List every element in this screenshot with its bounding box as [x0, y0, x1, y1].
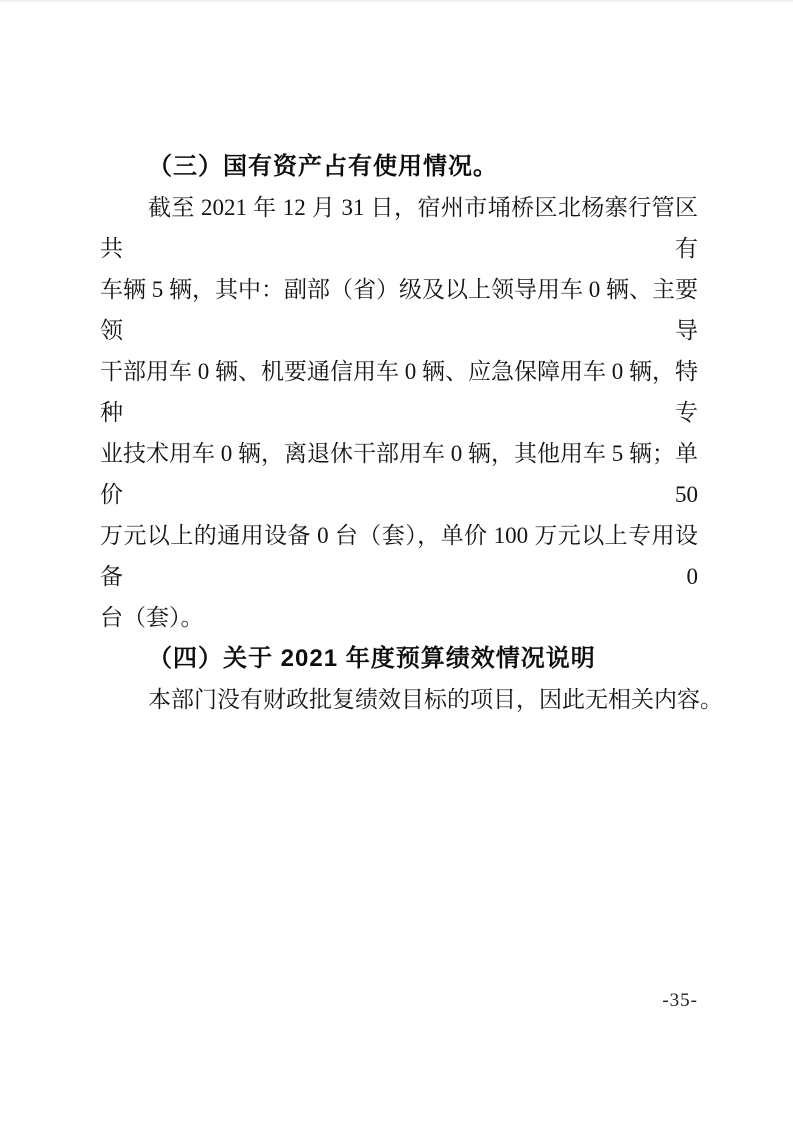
- paragraph-line: 万元以上的通用设备 0 台（套），单价 100 万元以上专用设备 0: [100, 515, 698, 597]
- paragraph-line: 车辆 5 辆，其中：副部（省）级及以上领导用车 0 辆、主要领导: [100, 269, 698, 351]
- paragraph-line: 截至 2021 年 12 月 31 日，宿州市埇桥区北杨寨行管区共有: [100, 187, 698, 269]
- document-content: （三）国有资产占有使用情况。 截至 2021 年 12 月 31 日，宿州市埇桥…: [100, 146, 698, 720]
- paragraph-line: 台（套）。: [100, 597, 698, 638]
- page-number: -35-: [100, 990, 698, 1012]
- document-page: （三）国有资产占有使用情况。 截至 2021 年 12 月 31 日，宿州市埇桥…: [0, 0, 793, 1122]
- paragraph-line: 干部用车 0 辆、机要通信用车 0 辆、应急保障用车 0 辆，特种专: [100, 351, 698, 433]
- section-heading-budget-performance: （四）关于 2021 年度预算绩效情况说明: [100, 638, 698, 679]
- section-heading-state-assets: （三）国有资产占有使用情况。: [100, 146, 698, 187]
- paragraph-line: 本部门没有财政批复绩效目标的项目，因此无相关内容。: [100, 679, 698, 720]
- paragraph-line: 业技术用车 0 辆，离退休干部用车 0 辆，其他用车 5 辆；单价 50: [100, 433, 698, 515]
